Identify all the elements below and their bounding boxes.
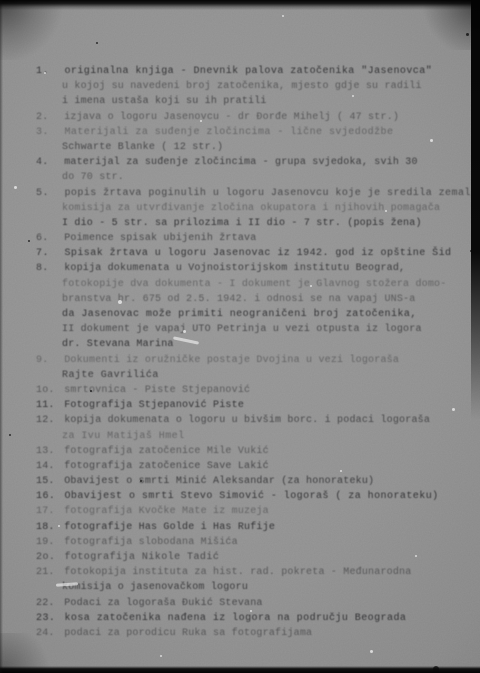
list-item-text: fotografije Has Golde i Has Rufije (58, 522, 275, 533)
dust-speck-light (58, 525, 60, 527)
document-line: i imena ustaša koji su ih pratili (36, 94, 460, 109)
list-item-text: Obavijest o smrti Stevo Simović - logora… (58, 491, 439, 502)
dust-speck-light (415, 555, 417, 557)
list-item-text: Poimence spisak ubijenih žrtava (58, 233, 256, 244)
dust-speck-light (385, 210, 387, 212)
document-line: 3. Materijali za suđenje zločincima - li… (36, 125, 460, 140)
dust-speck-dark (28, 240, 30, 242)
list-item-text: Fotografija Stjepanović Piste (58, 400, 244, 411)
list-item-text: Spisak žrtava u logoru Jasenovac iz 1942… (58, 248, 452, 259)
dust-speck-dark (433, 666, 439, 672)
document-line: 12. kopija dokumenata o logoru u bivšim … (36, 413, 460, 428)
scan-corner-shadow-top-left (0, 0, 70, 60)
dust-speck-light (160, 655, 162, 657)
document-line: 16. Obavijest o smrti Stevo Simović - lo… (36, 489, 460, 504)
document-line: 4. materijal za suđenje zločincima - gru… (36, 155, 460, 170)
document-line: 15. Obavijest o smrti Minić Aleksandar (… (36, 474, 460, 489)
dust-speck-light (452, 408, 455, 411)
list-item-number: 13. (36, 444, 58, 459)
list-item-text: Materijali za suđenje zločincima - lične… (58, 127, 393, 138)
dust-speck-light (430, 139, 433, 142)
list-item-number: 2o. (36, 550, 58, 565)
dust-speck-dark (90, 390, 92, 392)
list-item-text: fotografija zatočenice Save Lakić (58, 461, 269, 472)
list-item-text: Podaci za logoraša Đukić Stevana (58, 598, 263, 609)
list-item-number: 3. (36, 125, 58, 140)
document-line: u kojoj su navedeni broj zatočenika, mje… (36, 79, 460, 94)
document-line: dr. Stevana Marina (36, 337, 460, 352)
list-item-text: podaci za porodicu Ruka sa fotografijama (58, 628, 312, 639)
list-item-text: materijal za suđenje zločincima - grupa … (58, 157, 418, 168)
document-line: II dokument je vapaj UTO Petrinja u vezi… (36, 322, 460, 337)
dust-speck-dark (9, 434, 11, 436)
document-line: 19. fotografija slobodana Mišića (36, 535, 460, 550)
document-line: komisija o jasenovačkom logoru (36, 580, 460, 595)
list-item-number: 1. (36, 64, 58, 79)
list-item-number: 21. (36, 565, 58, 580)
document-line: 1. originalna knjiga - Dnevnik palova za… (36, 64, 460, 79)
document-line: 22. Podaci za logoraša Đukić Stevana (36, 596, 460, 611)
dust-speck-dark (470, 250, 472, 252)
document-line: 23. kosa zatočenika nađena iz logora na … (36, 611, 460, 626)
document-line: 11. Fotografija Stjepanović Piste (36, 398, 460, 413)
dust-speck-light (118, 300, 122, 304)
document-line: Rajte Gavrilića (36, 368, 460, 383)
list-item-text: fotografija Kvočke Mate iz muzeja (58, 506, 269, 517)
document-line: komisija za utvrđivanje zločina okupator… (36, 201, 460, 216)
document-line: 17. fotografija Kvočke Mate iz muzeja (36, 504, 460, 519)
dust-speck-light (352, 95, 354, 97)
dust-speck-light (340, 470, 342, 472)
list-item-number: 9. (36, 353, 58, 368)
document-line: 1o. smrtovnica - Piste Stjepanović (36, 383, 460, 398)
list-item-number: 5. (36, 186, 58, 201)
scanned-document-page: 1. originalna knjiga - Dnevnik palova za… (0, 0, 480, 673)
document-line: 9. Dokumenti iz oružničke postaje Dvojin… (36, 353, 460, 368)
scan-corner-shadow-top-right (420, 0, 480, 50)
list-item-number: 14. (36, 459, 58, 474)
list-item-number: 4. (36, 155, 58, 170)
dust-speck-light (183, 330, 186, 333)
document-line: I dio - 5 str. sa prilozima i II dio - 7… (36, 216, 460, 231)
list-item-number: 15. (36, 474, 58, 489)
list-item-text: fotografija slobodana Mišića (58, 537, 238, 548)
document-line: 24. podaci za porodicu Ruka sa fotografi… (36, 626, 460, 641)
document-line: fotokopije dva dokumenta - I dokument je… (36, 277, 460, 292)
document-line: 6. Poimence spisak ubijenih žrtava (36, 231, 460, 246)
dust-speck-dark (96, 42, 98, 44)
dust-speck-light (44, 72, 46, 74)
document-line: da Jasenovac može primiti neograničeni b… (36, 307, 460, 322)
list-item-text: izjava o logoru Jasenovcu - dr Đorđe Mih… (58, 112, 399, 123)
list-item-number: 16. (36, 489, 58, 504)
list-item-number: 2. (36, 110, 58, 125)
dust-speck-light (282, 15, 284, 17)
document-line: 14. fotografija zatočenice Save Lakić (36, 459, 460, 474)
scan-edge-right (471, 0, 480, 420)
dust-speck-light (200, 120, 202, 122)
list-item-text: Obavijest o smrti Minić Aleksandar (za h… (58, 476, 374, 487)
list-item-text: originalna knjiga - Dnevnik palova zatoč… (58, 66, 432, 77)
list-item-number: 17. (36, 504, 58, 519)
dust-speck-light (370, 650, 373, 653)
list-item-number: 23. (36, 611, 58, 626)
dust-speck-light (310, 285, 312, 287)
document-line: 8. kopija dokumenata u Vojnoistorijskom … (36, 261, 460, 276)
list-item-number: 22. (36, 596, 58, 611)
scan-edge-left (0, 0, 3, 673)
document-line: za Ivu Matijaš Hmel (36, 429, 460, 444)
list-item-number: 11. (36, 398, 58, 413)
list-item-number: 6. (36, 231, 58, 246)
typewritten-text-block: 1. originalna knjiga - Dnevnik palova za… (36, 64, 460, 641)
list-item-text: kopija dokumenata o logoru u bivšim borc… (58, 415, 430, 426)
list-item-number: 12. (36, 413, 58, 428)
list-item-number: 7. (36, 246, 58, 261)
dust-speck-dark (466, 33, 469, 36)
document-line: branstva br. 675 od 2.5. 1942. i odnosi … (36, 292, 460, 307)
document-line: 13. fotografija zatočenice Mile Vukić (36, 444, 460, 459)
dust-speck-light (14, 186, 17, 189)
list-item-number: 8. (36, 261, 58, 276)
document-line: 7. Spisak žrtava u logoru Jasenovac iz 1… (36, 246, 460, 261)
document-line: 2o. fotografija Nikole Tadić (36, 550, 460, 565)
list-item-number: 19. (36, 535, 58, 550)
document-line: 2. izjava o logoru Jasenovcu - dr Đorđe … (36, 110, 460, 125)
document-line: do 70 str. (36, 170, 460, 185)
list-item-text: fotografija zatočenice Mile Vukić (58, 446, 269, 457)
list-item-text: smrtovnica - Piste Stjepanović (58, 385, 250, 396)
list-item-text: fotografija Nikole Tadić (58, 552, 219, 563)
list-item-text: Dokumenti iz oružničke postaje Dvojina u… (58, 355, 399, 366)
dust-speck-light (250, 610, 252, 612)
list-item-text: kosa zatočenika nađena iz logora na podr… (58, 613, 406, 624)
scan-edge-bottom (0, 666, 480, 673)
scan-edge-top (0, 0, 480, 10)
list-item-text: kopija dokumenata u Vojnoistorijskom ins… (58, 263, 405, 274)
list-item-text: popis žrtava poginulih u logoru Jasenovc… (58, 188, 480, 199)
list-item-text: fotokopija instituta za hist. rad. pokre… (58, 567, 411, 578)
list-item-number: 18. (36, 520, 58, 535)
document-line: Schwarte Blanke ( 12 str.) (36, 140, 460, 155)
dust-speck-dark (140, 480, 142, 482)
scan-corner-shadow-bottom-left (0, 633, 60, 673)
document-line: 5. popis žrtava poginulih u logoru Jasen… (36, 186, 460, 201)
document-line: 21. fotokopija instituta za hist. rad. p… (36, 565, 460, 580)
document-line: 18. fotografije Has Golde i Has Rufije (36, 520, 460, 535)
list-item-number: 1o. (36, 383, 58, 398)
